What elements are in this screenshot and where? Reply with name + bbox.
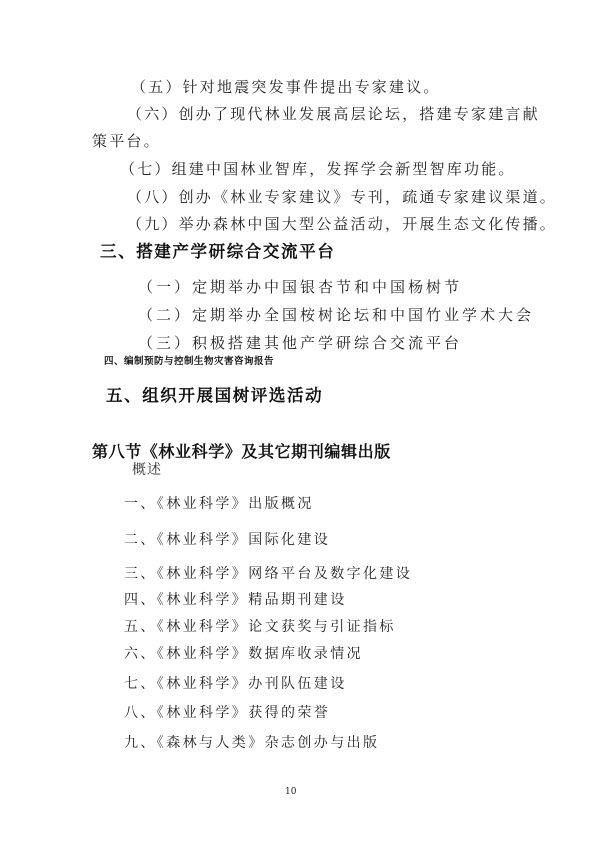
page-number: 10 bbox=[285, 788, 296, 797]
item-seven: （七）组建中国林业智库，发挥学会新型智库功能。 bbox=[120, 162, 516, 177]
chapter-8-item-8: 八、《林业科学》获得的荣誉 bbox=[124, 706, 330, 720]
chapter-8-item-4: 四、《林业科学》精品期刊建设 bbox=[124, 593, 347, 607]
item-six: （六）创办了现代林业发展高层论坛，搭建专家建言献 bbox=[127, 107, 540, 122]
chapter-8-item-5: 五、《林业科学》论文获奖与引证指标 bbox=[124, 620, 396, 634]
item-six-continued: 策平台。 bbox=[92, 134, 161, 149]
section-5-heading: 五、组织开展国树评选活动 bbox=[106, 388, 323, 405]
chapter-8-item-3: 三、《林业科学》网络平台及数字化建设 bbox=[124, 567, 412, 581]
item-nine: （九）举办森林中国大型公益活动，开展生态文化传播。 bbox=[127, 217, 557, 232]
section-3-item-2: （二）定期举办全国桉树论坛和中国竹业学术大会 bbox=[138, 308, 534, 323]
chapter-8-item-2: 二、《林业科学》国际化建设 bbox=[124, 533, 330, 547]
chapter-8-title: 第八节《林业科学》及其它期刊编辑出版 bbox=[92, 444, 391, 460]
section-4-heading: 四、编制预防与控制生物灾害咨询报告 bbox=[104, 357, 274, 367]
chapter-8-item-6: 六、《林业科学》数据库收录情况 bbox=[124, 647, 363, 661]
item-eight: （八）创办《林业专家建议》专刊，疏通专家建议渠道。 bbox=[127, 190, 557, 205]
chapter-8-item-1: 一、《林业科学》出版概况 bbox=[124, 497, 314, 511]
chapter-8-item-7: 七、《林业科学》办刊队伍建设 bbox=[124, 677, 347, 691]
item-five: （五）针对地震突发事件提出专家建议。 bbox=[131, 80, 441, 95]
section-3-item-1: （一）定期举办中国银杏节和中国杨树节 bbox=[138, 280, 462, 295]
section-3-item-3: （三）积极搭建其他产学研综合交流平台 bbox=[138, 336, 462, 351]
chapter-8-overview: 概述 bbox=[132, 463, 162, 477]
chapter-8-item-9: 九、《森林与人类》杂志创办与出版 bbox=[124, 736, 379, 750]
section-3-heading: 三、搭建产学研综合交流平台 bbox=[100, 244, 335, 261]
